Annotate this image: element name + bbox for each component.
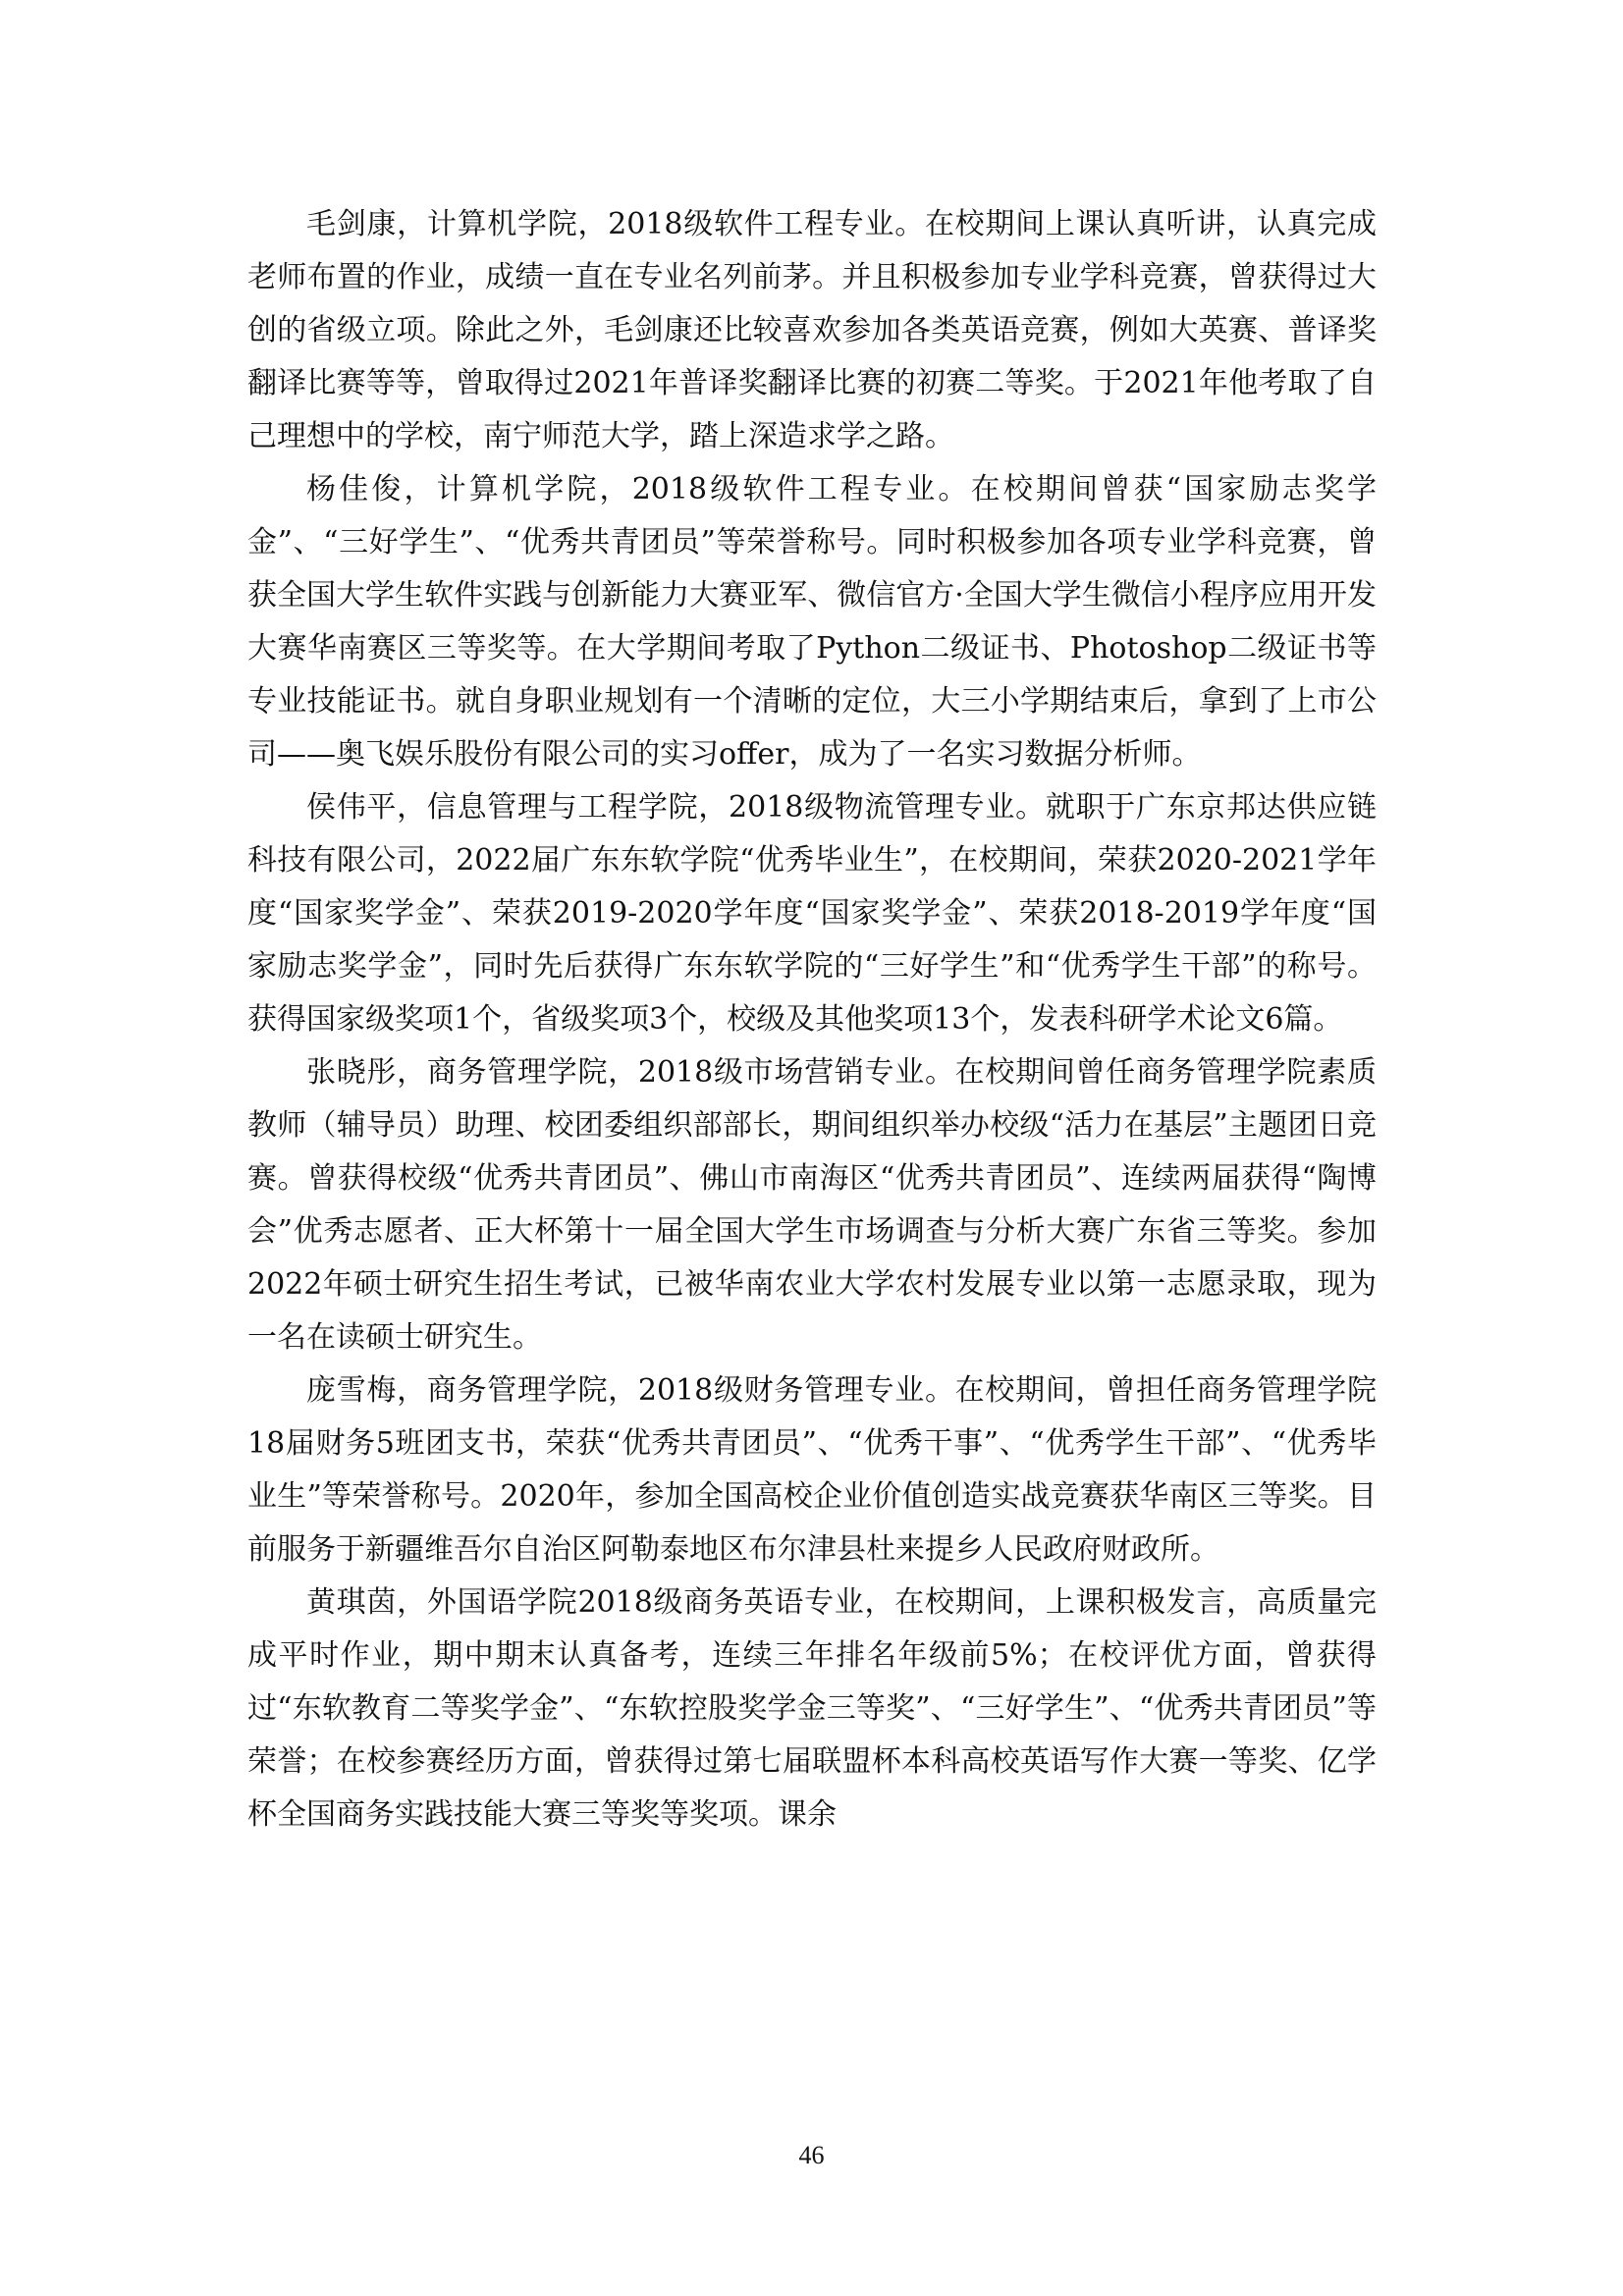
paragraph-pang-xuemei: 庞雪梅，商务管理学院，2018级财务管理专业。在校期间，曾担任商务管理学院18届… <box>247 1364 1377 1576</box>
paragraph-hou-weiping: 侯伟平，信息管理与工程学院，2018级物流管理专业。就职于广东京邦达供应链科技有… <box>247 781 1377 1046</box>
page-number: 46 <box>0 2141 1623 2170</box>
paragraph-yang-jiajun: 杨佳俊，计算机学院，2018级软件工程专业。在校期间曾获“国家励志奖学金”、“三… <box>247 463 1377 781</box>
body-text: 毛剑康，计算机学院，2018级软件工程专业。在校期间上课认真听讲，认真完成老师布… <box>247 198 1377 1842</box>
document-page: 毛剑康，计算机学院，2018级软件工程专业。在校期间上课认真听讲，认真完成老师布… <box>0 0 1623 2296</box>
paragraph-zhang-xiaotong: 张晓彤，商务管理学院，2018级市场营销专业。在校期间曾任商务管理学院素质教师（… <box>247 1046 1377 1364</box>
paragraph-mao-jiankang: 毛剑康，计算机学院，2018级软件工程专业。在校期间上课认真听讲，认真完成老师布… <box>247 198 1377 463</box>
paragraph-huang-qiyin: 黄琪茵，外国语学院2018级商务英语专业，在校期间，上课积极发言，高质量完成平时… <box>247 1576 1377 1842</box>
